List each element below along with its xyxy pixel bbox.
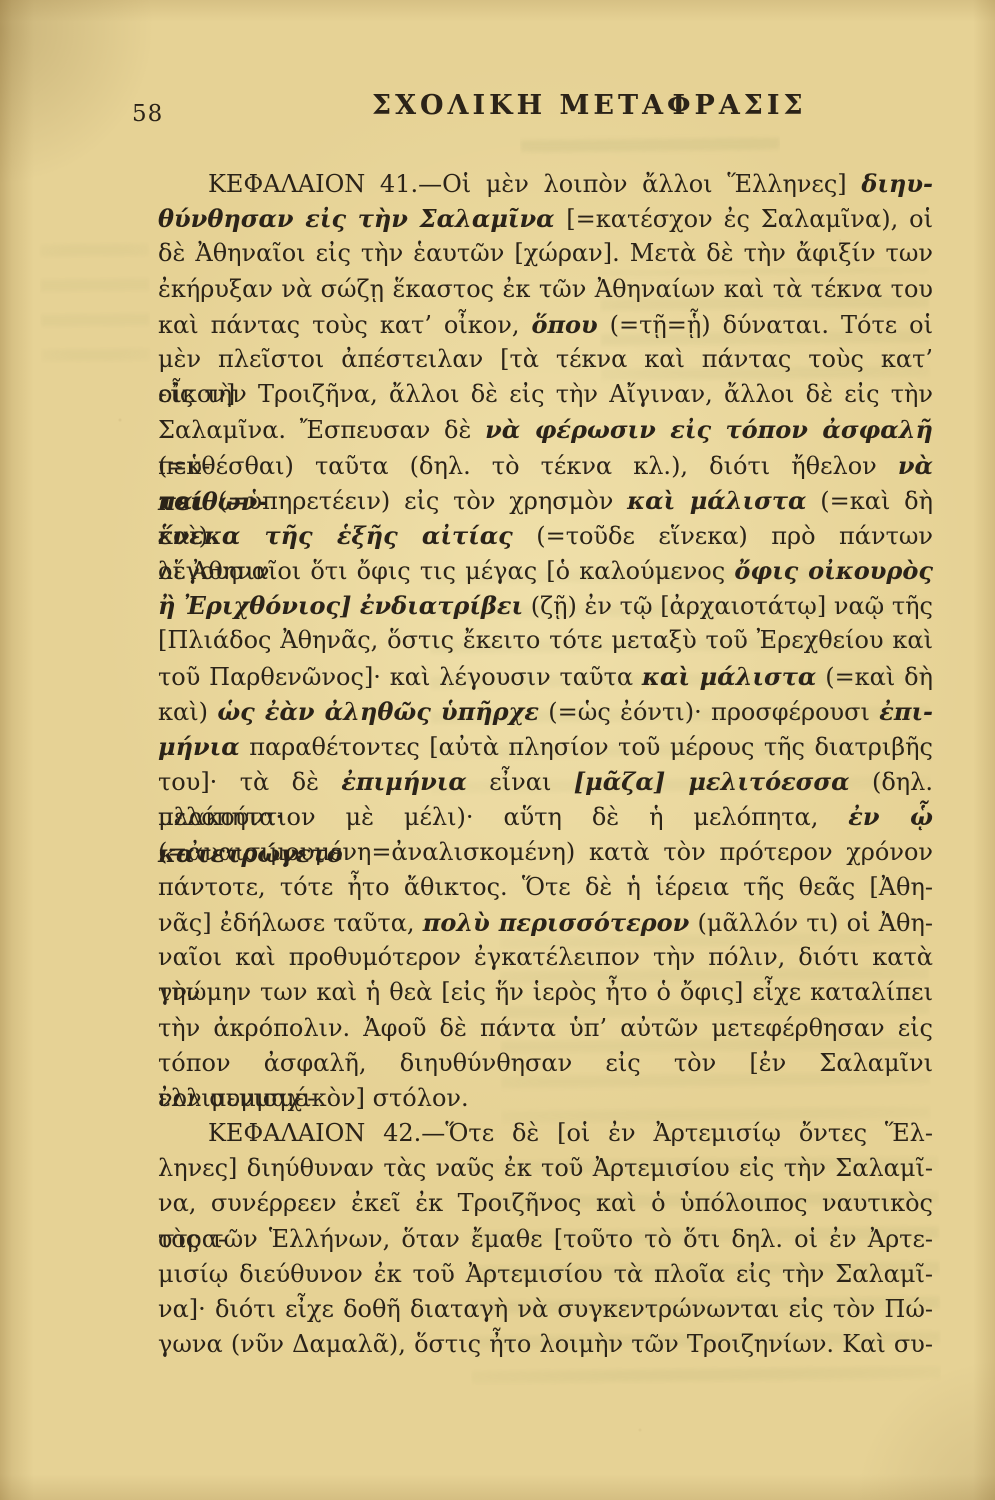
plain-text: οἱ Ἀθηναῖοι ὅτι ὄφις τις μέγας [ὁ καλούμ… [158, 557, 734, 585]
plain-text: παραθέτοντες [αὐτὰ πλησίον τοῦ μέρους τῆ… [240, 733, 933, 761]
lemma-text: [μᾶζα] μελιτόεσσα [574, 767, 850, 796]
plain-text: εἶναι [467, 768, 574, 796]
lemma-text: ἐπιμήνια [341, 767, 467, 796]
text-line: εἰς τὴν Τροιζῆνα, ἄλλοι δὲ εἰς τὴν Αἴγιν… [158, 377, 933, 412]
plain-text: [Πλιάδος Ἀθηνᾶς, ὅστις ἔκειτο τότε μεταξ… [158, 626, 933, 654]
lemma-text: ὄφις οἰκουρὸς [734, 556, 933, 585]
text-line: ναῖοι καὶ προθυμότερον ἐγκατέλειπον τὴν … [158, 940, 933, 975]
text-line: ΚΕΦΑΛΑΙΟΝ 41.—Οἱ μὲν λοιπὸν ἄλλοι Ἕλληνε… [158, 166, 933, 201]
plain-text: (μᾶλλόν τι) οἱ Ἀθη- [689, 909, 933, 937]
text-line: πάντοτε, τότε ἦτο ἄθικτος. Ὅτε δὲ ἡ ἱέρε… [158, 870, 933, 905]
plain-text: εἰς τὴν Τροιζῆνα, ἄλλοι δὲ εἰς τὴν Αἴγιν… [158, 380, 933, 408]
plain-text: (=ὑπηρετέειν) εἰς τὸν χρησμὸν [204, 487, 627, 515]
text-line: τὸς τῶν Ἑλλήνων, ὅταν ἔμαθε [τοῦτο τὸ ὅτ… [158, 1222, 933, 1257]
plain-text: (=τῇ=ᾗ) δύναται. Τότε οἱ [598, 311, 933, 339]
lemma-text: θύνθησαν εἰς τὴν Σαλαμῖνα [158, 204, 566, 233]
book-page: 58 ΣΧΟΛΙΚΗ ΜΕΤΑΦΡΑΣΙΣ ΚΕΦΑΛΑΙΟΝ 41.—Οἱ μ… [0, 0, 995, 1500]
plain-text: τοῦ Παρθενῶνος]· καὶ λέγουσιν ταῦτα [158, 663, 642, 691]
plain-text: γωνα (νῦν Δαμαλᾶ), ὅστις ἦτο λοιμὴν τῶν … [158, 1330, 933, 1358]
lemma-text: μήνια [158, 732, 240, 761]
text-block: ΚΕΦΑΛΑΙΟΝ 41.—Οἱ μὲν λοιπὸν ἄλλοι Ἕλληνε… [158, 166, 933, 1362]
plain-text: καὶ) [158, 698, 217, 726]
text-line: γνώμην των καὶ ἡ θεὰ [εἰς ἥν ἱερὸς ἦτο ὁ… [158, 975, 933, 1010]
text-line: τοῦ Παρθενῶνος]· καὶ λέγουσιν ταῦτα καὶ … [158, 659, 933, 694]
plain-text: γνώμην των καὶ ἡ θεὰ [εἰς ἥν ἱερὸς ἦτο ὁ… [158, 978, 933, 1006]
text-line: [Πλιάδος Ἀθηνᾶς, ὅστις ἔκειτο τότε μεταξ… [158, 623, 933, 658]
plain-text: ΚΕΦΑΛΑΙΟΝ 41.—Οἱ μὲν λοιπὸν ἄλλοι Ἕλληνε… [208, 170, 861, 198]
text-line: καὶ) ὡς ἐὰν ἀληθῶς ὑπῆρχε (=ὡς ἐόντι)· π… [158, 694, 933, 729]
plain-text: πεκθέσθαι) ταῦτα (δηλ. τὸ τέκνα κλ.), δι… [158, 452, 898, 480]
plain-text: τὴν ἀκρόπολιν. Ἀφοῦ δὲ πάντα ὑπ’ αὐτῶν μ… [158, 1014, 933, 1042]
plain-text: καὶ πάντας τοὺς κατ’ οἶκον, [158, 311, 531, 339]
text-line: τόπον ἀσφαλῆ, διηυθύνθησαν εἰς τὸν [ἐν Σ… [158, 1046, 933, 1081]
lemma-text: καὶ μάλιστα [642, 662, 816, 691]
text-line: οἱ Ἀθηναῖοι ὅτι ὄφις τις μέγας [ὁ καλούμ… [158, 553, 933, 588]
text-line: νᾶς] ἐδήλωσε ταῦτα, πολὺ περισσότερον (μ… [158, 905, 933, 940]
paragraph-chapter-42: ΚΕΦΑΛΑΙΟΝ 42.—Ὅτε δὲ [οἱ ἐν Ἀρτεμισίῳ ὄν… [158, 1116, 933, 1362]
text-line: νον συμμαχικὸν] στόλον. [158, 1081, 933, 1116]
plain-text: του]· τὰ δὲ [158, 768, 341, 796]
text-line: δὲ Ἀθηναῖοι εἰς τὴν ἑαυτῶν [χώραν]. Μετὰ… [158, 236, 933, 271]
text-line: τὴν ἀκρόπολιν. Ἀφοῦ δὲ πάντα ὑπ’ αὐτῶν μ… [158, 1011, 933, 1046]
text-line: ἢ Ἐριχθόνιος] ἐνδιατρίβει (ζῇ) ἐν τῷ [ἀρ… [158, 588, 933, 623]
text-line: μισίῳ διεύθυνον ἐκ τοῦ Ἀρτεμισίου τὰ πλο… [158, 1257, 933, 1292]
text-line: ται (=ὑπηρετέειν) εἰς τὸν χρησμὸν καὶ μά… [158, 483, 933, 518]
text-line: να, συνέρρεεν ἐκεῖ ἐκ Τροιζῆνος καὶ ὁ ὑπ… [158, 1186, 933, 1221]
text-line: ἕνεκα τῆς ἑξῆς αἰτίας (=τοῦδε εἵνεκα) πρ… [158, 518, 933, 553]
text-line: του]· τὰ δὲ ἐπιμήνια εἶναι [μᾶζα] μελιτό… [158, 764, 933, 799]
plain-text: (=ὡς ἐόντι)· προσφέρουσι [539, 698, 879, 726]
plain-text: πάντοτε, τότε ἦτο ἄθικτος. Ὅτε δὲ ἡ ἱέρε… [158, 873, 933, 901]
text-line: γωνα (νῦν Δαμαλᾶ), ὅστις ἦτο λοιμὴν τῶν … [158, 1327, 933, 1362]
plain-text: (=καὶ δὴ [816, 663, 933, 691]
plain-text: νον συμμαχικὸν] στόλον. [158, 1084, 469, 1112]
bleedthrough-smudge [39, 229, 150, 370]
text-line: να]· διότι εἶχε δοθῆ διαταγὴ νὰ συγκεντρ… [158, 1292, 933, 1327]
plain-text: τὸς τῶν Ἑλλήνων, ὅταν ἔμαθε [τοῦτο τὸ ὅτ… [158, 1225, 933, 1253]
plain-text: ἐκήρυξαν νὰ σώζῃ ἕκαστος ἐκ τῶν Ἀθηναίων… [158, 275, 933, 303]
lemma-text: ἕνεκα τῆς ἑξῆς αἰτίας [158, 521, 513, 550]
lemma-text: πολὺ περισσότερον [423, 908, 690, 937]
text-line: Σαλαμῖνα. Ἔσπευσαν δὲ νὰ φέρωσιν εἰς τόπ… [158, 412, 933, 447]
page-number: 58 [132, 101, 163, 127]
text-line: μήνια παραθέτοντες [αὐτὰ πλησίον τοῦ μέρ… [158, 729, 933, 764]
plain-text: να]· διότι εἶχε δοθῆ διαταγὴ νὰ συγκεντρ… [158, 1295, 933, 1323]
plain-text: πλακούντιον μὲ μέλι)· αὕτη δὲ ἡ μελόπητα… [158, 803, 848, 831]
text-line: μὲν πλεῖστοι ἀπέστειλαν [τὰ τέκνα καὶ πά… [158, 342, 933, 377]
plain-text: [=κατέσχον ἐς Σαλαμῖνα), οἱ [566, 205, 933, 233]
plain-text: δὲ Ἀθηναῖοι εἰς τὴν ἑαυτῶν [χώραν]. Μετὰ… [158, 239, 933, 267]
text-line: πλακούντιον μὲ μέλι)· αὕτη δὲ ἡ μελόπητα… [158, 799, 933, 834]
lemma-text: ται [158, 486, 204, 515]
text-line: ληνες] διηύθυναν τὰς ναῦς ἐκ τοῦ Ἀρτεμισ… [158, 1151, 933, 1186]
lemma-text: ἢ Ἐριχθόνιος] ἐνδιατρίβει [158, 591, 523, 620]
plain-text: ληνες] διηύθυναν τὰς ναῦς ἐκ τοῦ Ἀρτεμισ… [158, 1154, 933, 1182]
text-line: ἐκήρυξαν νὰ σώζῃ ἕκαστος ἐκ τῶν Ἀθηναίων… [158, 272, 933, 307]
plain-text: (=ἀναισιμουμένη=ἀναλισκομένη) κατὰ τὸν π… [158, 838, 933, 866]
lemma-text: ἐπι- [879, 697, 933, 726]
lemma-text: ὅπου [531, 310, 597, 339]
text-line: θύνθησαν εἰς τὴν Σαλαμῖνα [=κατέσχον ἐς … [158, 201, 933, 236]
lemma-text: διηυ- [861, 169, 933, 198]
running-header: ΣΧΟΛΙΚΗ ΜΕΤΑΦΡΑΣΙΣ [372, 90, 807, 121]
lemma-text: νὰ φέρωσιν εἰς τόπον ἀσφαλῆ [485, 415, 933, 444]
text-line: πεκθέσθαι) ταῦτα (δηλ. τὸ τέκνα κλ.), δι… [158, 448, 933, 483]
plain-text: νᾶς] ἐδήλωσε ταῦτα, [158, 909, 423, 937]
plain-text: ΚΕΦΑΛΑΙΟΝ 42.—Ὅτε δὲ [οἱ ἐν Ἀρτεμισίῳ ὄν… [208, 1119, 933, 1147]
text-line: καὶ πάντας τοὺς κατ’ οἶκον, ὅπου (=τῇ=ᾗ)… [158, 307, 933, 342]
plain-text: (ζῇ) ἐν τῷ [ἀρχαιοτάτῳ] ναῷ τῆς [523, 592, 933, 620]
bleedthrough-smudge [520, 117, 780, 162]
text-line: ΚΕΦΑΛΑΙΟΝ 42.—Ὅτε δὲ [οἱ ἐν Ἀρτεμισίῳ ὄν… [158, 1116, 933, 1151]
text-line: (=ἀναισιμουμένη=ἀναλισκομένη) κατὰ τὸν π… [158, 835, 933, 870]
lemma-text: καὶ μάλιστα [627, 486, 806, 515]
paragraph-chapter-41: ΚΕΦΑΛΑΙΟΝ 41.—Οἱ μὲν λοιπὸν ἄλλοι Ἕλληνε… [158, 166, 933, 1116]
plain-text: μισίῳ διεύθυνον ἐκ τοῦ Ἀρτεμισίου τὰ πλο… [158, 1260, 933, 1288]
plain-text: Σαλαμῖνα. Ἔσπευσαν δὲ [158, 416, 485, 444]
lemma-text: ὡς ἐὰν ἀληθῶς ὑπῆρχε [217, 697, 539, 726]
